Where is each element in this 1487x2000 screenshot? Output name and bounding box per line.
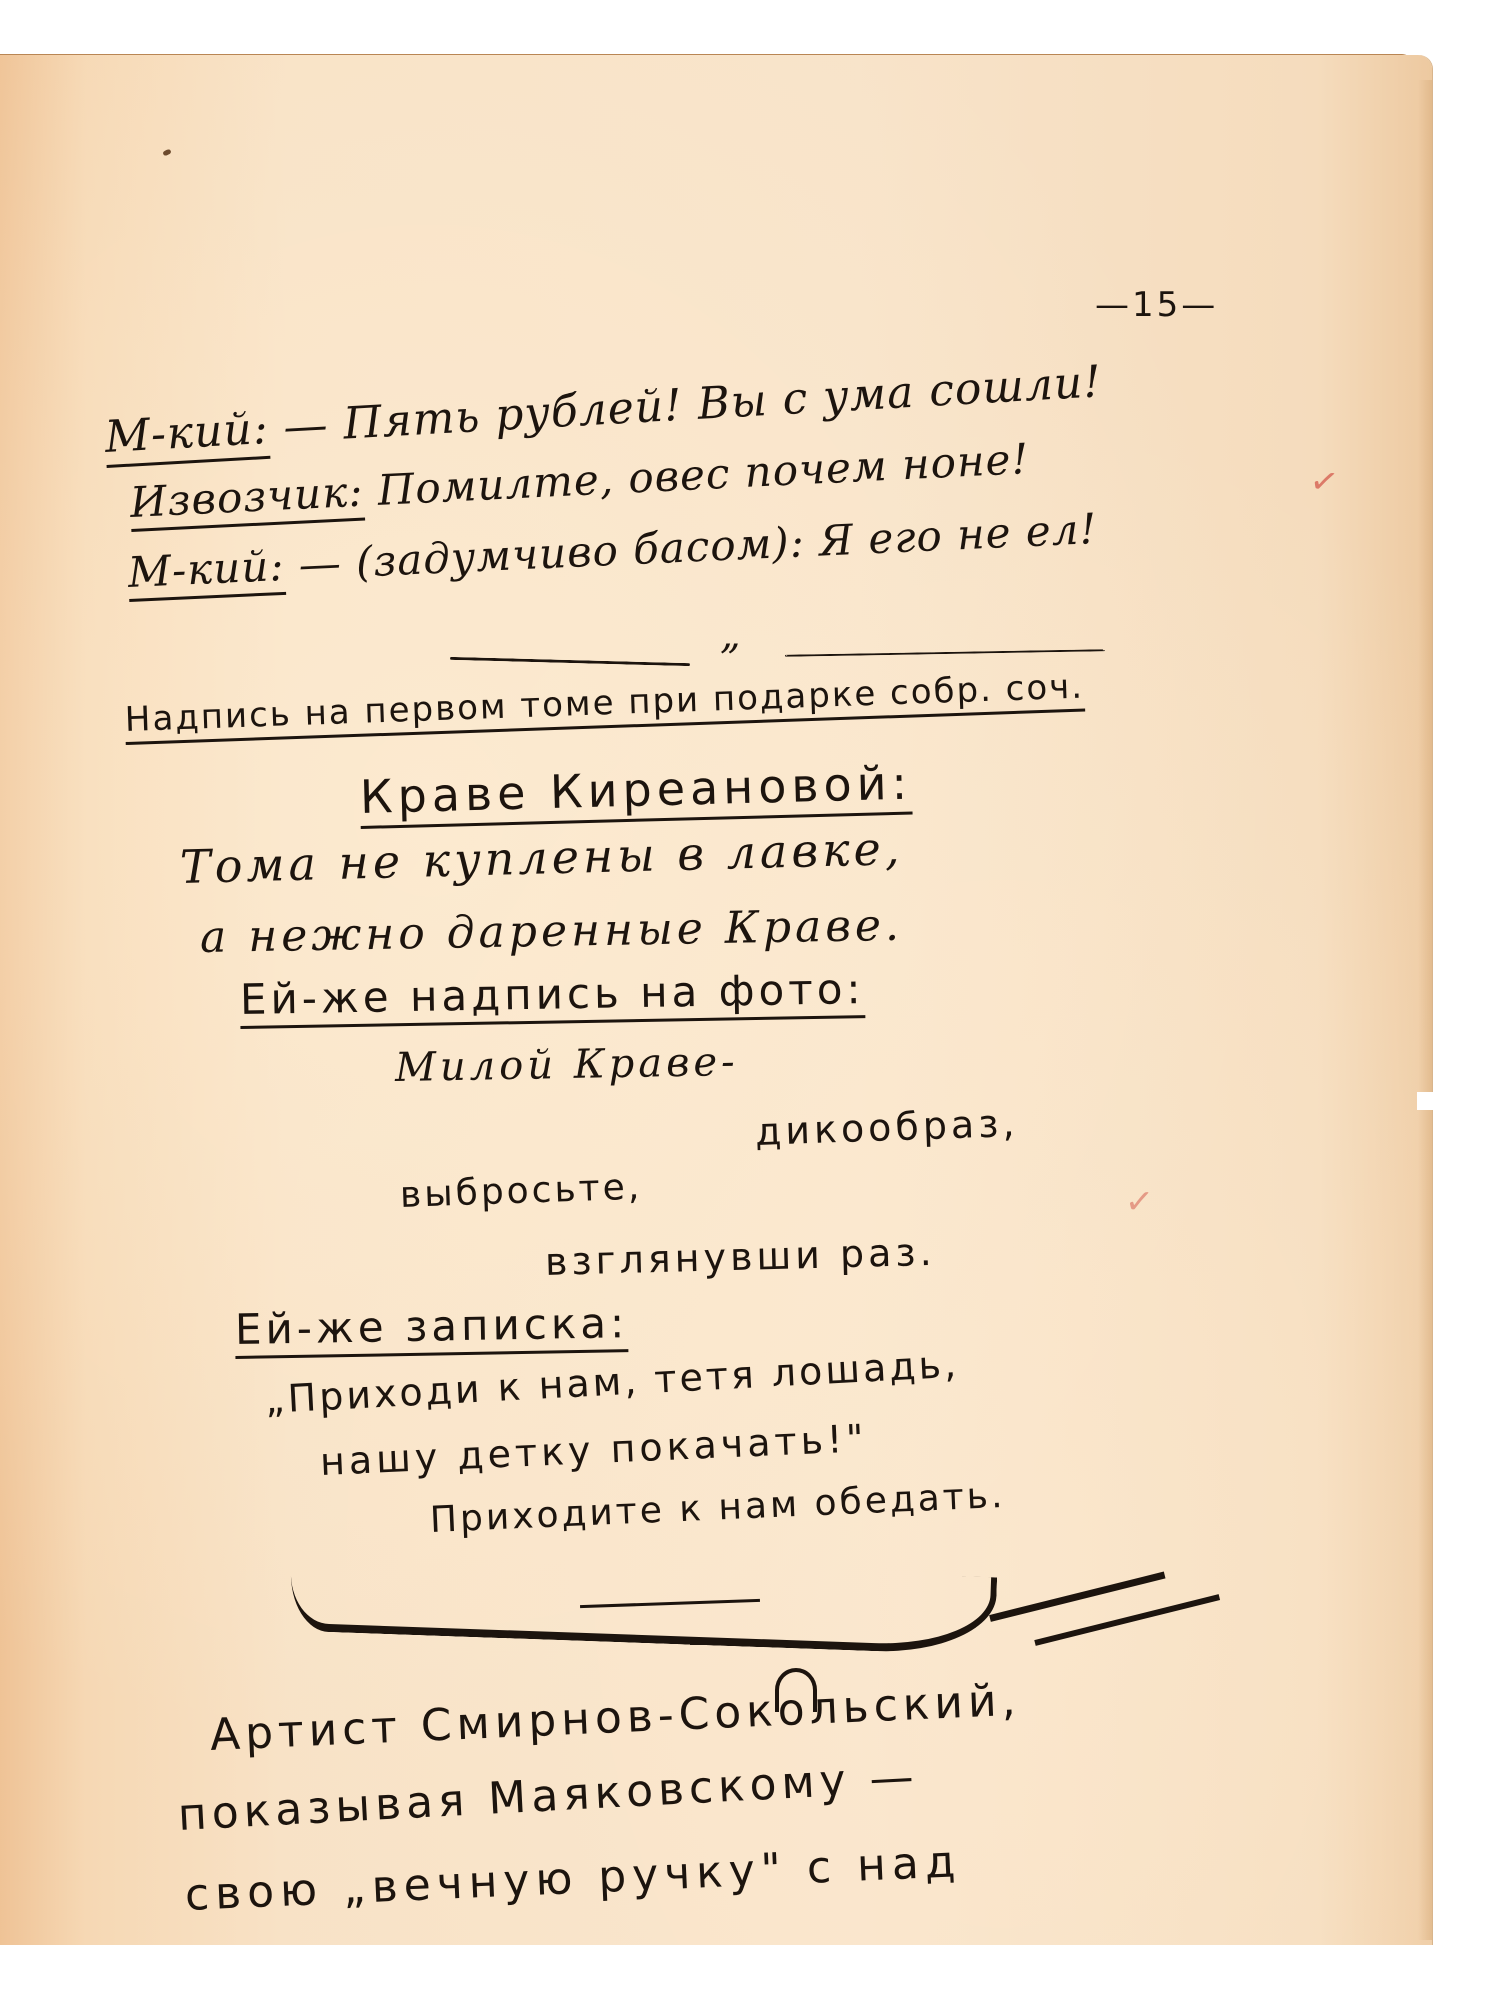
frying-pan-mark — [690, 1639, 732, 1645]
speaker-label: Извозчик: — [129, 467, 365, 532]
speaker-label: М-кий: — [104, 403, 271, 468]
divider-mark: „ — [720, 612, 742, 658]
page-edge-shadow — [1418, 80, 1432, 1940]
page-number: —15— — [1095, 285, 1218, 325]
speaker-label: М-кий: — [127, 541, 286, 602]
page-edge-notch — [1417, 1092, 1433, 1110]
photo-inscription-heading: Ей-же надпись на фото: — [240, 964, 866, 1029]
background-below-page — [0, 1945, 1487, 2000]
photo-verse-line: Милой Краве- — [395, 1039, 739, 1091]
note-heading: Ей-же записка: — [235, 1298, 629, 1359]
red-check-mark: ✓ — [1124, 1181, 1155, 1223]
photo-verse-line: дикообраз, — [754, 1101, 1019, 1154]
photo-verse-line: выбросьте, — [399, 1167, 643, 1216]
